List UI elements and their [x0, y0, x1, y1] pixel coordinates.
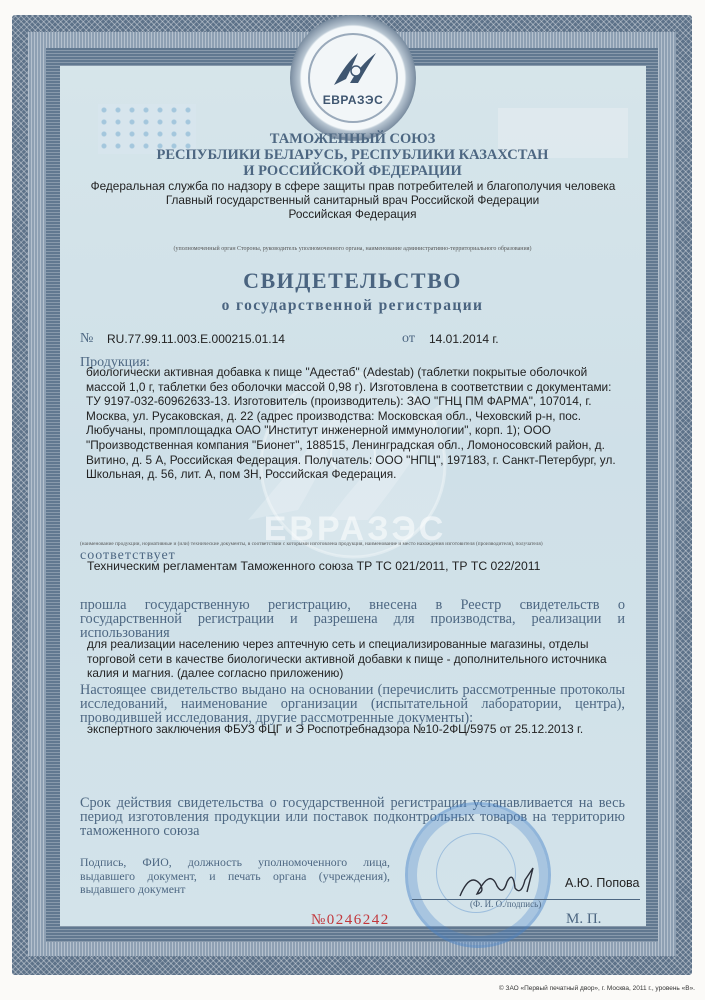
basis-statement: Настоящее свидетельство выдано на основа…: [80, 683, 625, 725]
product-caption: (наименование продукции, нормативные и (…: [80, 540, 635, 548]
emblem-label: ЕВРАЗЭС: [310, 93, 396, 107]
agency-name: Федеральная служба по надзору в сфере за…: [60, 179, 646, 193]
usage-scope: для реализации населению через аптечную …: [87, 637, 627, 681]
union-title-line1: ТАМОЖЕННЫЙ СОЮЗ: [70, 131, 635, 147]
official-title: Главный государственный санитарный врач …: [70, 193, 635, 207]
signatory-name: А.Ю. Попова: [565, 876, 640, 891]
registration-statement: прошла государственную регистрацию, внес…: [80, 598, 625, 640]
signature-icon: [455, 862, 545, 902]
conformity-text: Техническим регламентам Таможенного союз…: [87, 559, 540, 574]
authority-caption: (уполномоченный орган Стороны, руководит…: [70, 245, 635, 253]
registration-number: RU.77.99.11.003.E.000215.01.14: [107, 332, 285, 347]
serial-number: №0246242: [311, 912, 390, 929]
signature-caption: (Ф. И. О./подпись): [470, 899, 541, 909]
seal-place-mark: М. П.: [566, 911, 601, 928]
country-name: Российская Федерация: [70, 207, 635, 221]
date-label: от: [402, 331, 415, 347]
printer-note: © ЗАО «Первый печатный двор», г. Москва,…: [499, 985, 695, 992]
number-label: №: [80, 331, 93, 347]
union-title-line3: И РОССИЙСКОЙ ФЕДЕРАЦИИ: [70, 163, 635, 179]
signature-label: Подпись, ФИО, должность уполномоченного …: [80, 856, 390, 897]
document-title: СВИДЕТЕЛЬСТВО: [70, 268, 635, 294]
union-title-line2: РЕСПУБЛИКИ БЕЛАРУСЬ, РЕСПУБЛИКИ КАЗАХСТА…: [70, 147, 635, 163]
product-description: биологически активная добавка к пище "Ад…: [86, 365, 628, 482]
registration-date: 14.01.2014 г.: [429, 332, 499, 347]
validity-statement: Срок действия свидетельства о государств…: [80, 796, 625, 838]
document-subtitle: о государственной регистрации: [70, 297, 635, 315]
evrazes-emblem-icon: [332, 49, 378, 89]
basis-documents: экспертного заключения ФБУЗ ФЦГ и Э Росп…: [87, 722, 583, 737]
evrazes-emblem: ЕВРАЗЭС: [290, 15, 416, 141]
